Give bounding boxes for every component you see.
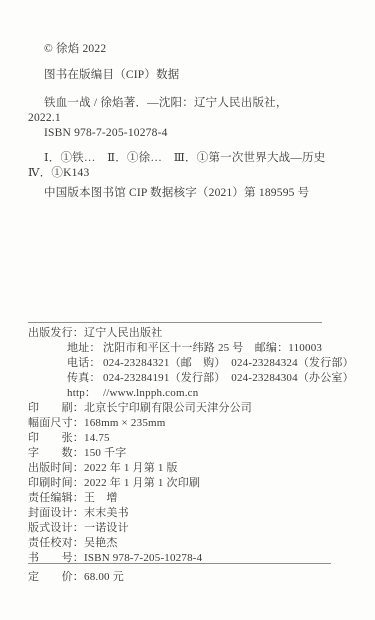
colophon-row-address: 地址： 沈阳市和平区十一纬路 25 号 邮编：110003 <box>67 341 355 356</box>
row-label: http： <box>67 386 103 401</box>
colophon-row-sheets: 印 张： 14.75 <box>28 431 355 446</box>
colophon-row-publisher: 出版发行： 辽宁人民出版社 <box>28 326 355 341</box>
bottom-divider <box>28 563 331 564</box>
row-value: 024-23284321（邮 购） 024-23284324（发行部） <box>103 356 354 371</box>
cip-title-line-continued: 2022.1 <box>28 111 347 126</box>
colophon-row-proofreader: 责任校对： 吴艳杰 <box>28 536 355 551</box>
colophon-row-pubdate: 出版时间： 2022 年 1 月第 1 版 <box>28 461 355 476</box>
colophon-row-cover-design: 封面设计： 末末美书 <box>28 506 355 521</box>
cip-title-line: 铁血一战 / 徐焰著．—沈阳：辽宁人民出版社， <box>28 96 347 111</box>
row-value: 一诺设计 <box>84 521 129 536</box>
row-label: 出版时间： <box>28 461 84 476</box>
colophon-row-website: http： //www.lnpph.com.cn <box>67 386 355 401</box>
row-value: 北京长宁印刷有限公司天津分公司 <box>84 401 252 416</box>
colophon-row-fax: 传真： 024-23284191（发行部） 024-23284304（办公室） <box>67 371 355 386</box>
colophon-row-wordcount: 字 数： 150 千字 <box>28 446 355 461</box>
colophon-row-price: 定 价： 68.00 元 <box>28 570 124 585</box>
row-value: 王 增 <box>84 491 118 506</box>
row-label: 出版发行： <box>28 326 84 341</box>
colophon-row-phone: 电话： 024-23284321（邮 购） 024-23284324（发行部） <box>67 356 355 371</box>
row-value: 辽宁人民出版社 <box>84 326 162 341</box>
colophon-row-printdate: 印刷时间： 2022 年 1 月第 1 次印刷 <box>28 476 355 491</box>
row-label: 印 张： <box>28 431 84 446</box>
row-label: 传真： <box>67 371 103 386</box>
cip-classification-line1: Ⅰ．①铁… Ⅱ．①徐… Ⅲ．①第一次世界大战—历史 <box>28 151 347 166</box>
row-value: 168mm × 235mm <box>84 416 166 431</box>
colophon-row-layout-design: 版式设计： 一诺设计 <box>28 521 355 536</box>
row-value: 024-23284191（发行部） 024-23284304（办公室） <box>103 371 354 386</box>
row-value: 150 千字 <box>84 446 126 461</box>
copyright-page: © 徐焰 2022 图书在版编目（CIP）数据 铁血一战 / 徐焰著．—沈阳：辽… <box>0 0 375 620</box>
cip-classification-line2: Ⅳ．①K143 <box>28 166 347 181</box>
row-value: 末末美书 <box>84 506 129 521</box>
row-label: 电话： <box>67 356 103 371</box>
colophon: 出版发行： 辽宁人民出版社 地址： 沈阳市和平区十一纬路 25 号 邮编：110… <box>28 326 355 566</box>
row-label: 幅面尺寸： <box>28 416 84 431</box>
row-label: 印刷时间： <box>28 476 84 491</box>
copyright-notice: © 徐焰 2022 <box>28 42 347 57</box>
row-label: 责任编辑： <box>28 491 84 506</box>
row-label: 定 价： <box>28 570 84 585</box>
row-value: 2022 年 1 月第 1 次印刷 <box>84 476 200 491</box>
cip-record-number: 中国版本图书馆 CIP 数据核字（2021）第 189595 号 <box>28 186 347 201</box>
cip-block: © 徐焰 2022 图书在版编目（CIP）数据 铁血一战 / 徐焰著．—沈阳：辽… <box>28 36 347 201</box>
row-value: 2022 年 1 月第 1 版 <box>84 461 178 476</box>
row-value: //www.lnpph.com.cn <box>103 386 198 401</box>
colophon-row-printer: 印 刷： 北京长宁印刷有限公司天津分公司 <box>28 401 355 416</box>
colophon-row-size: 幅面尺寸： 168mm × 235mm <box>28 416 355 431</box>
cip-isbn: ISBN 978-7-205-10278-4 <box>28 126 347 141</box>
row-label: 责任校对： <box>28 536 84 551</box>
colophon-row-editor: 责任编辑： 王 增 <box>28 491 355 506</box>
row-label: 版式设计： <box>28 521 84 536</box>
row-label: 地址： <box>67 341 103 356</box>
row-label: 字 数： <box>28 446 84 461</box>
cip-heading: 图书在版编目（CIP）数据 <box>28 68 347 83</box>
row-label: 封面设计： <box>28 506 84 521</box>
row-label: 印 刷： <box>28 401 84 416</box>
top-divider <box>28 322 322 323</box>
row-value: 68.00 元 <box>84 570 124 585</box>
row-value: 沈阳市和平区十一纬路 25 号 邮编：110003 <box>103 341 322 356</box>
row-value: 14.75 <box>84 431 110 446</box>
row-value: 吴艳杰 <box>84 536 118 551</box>
